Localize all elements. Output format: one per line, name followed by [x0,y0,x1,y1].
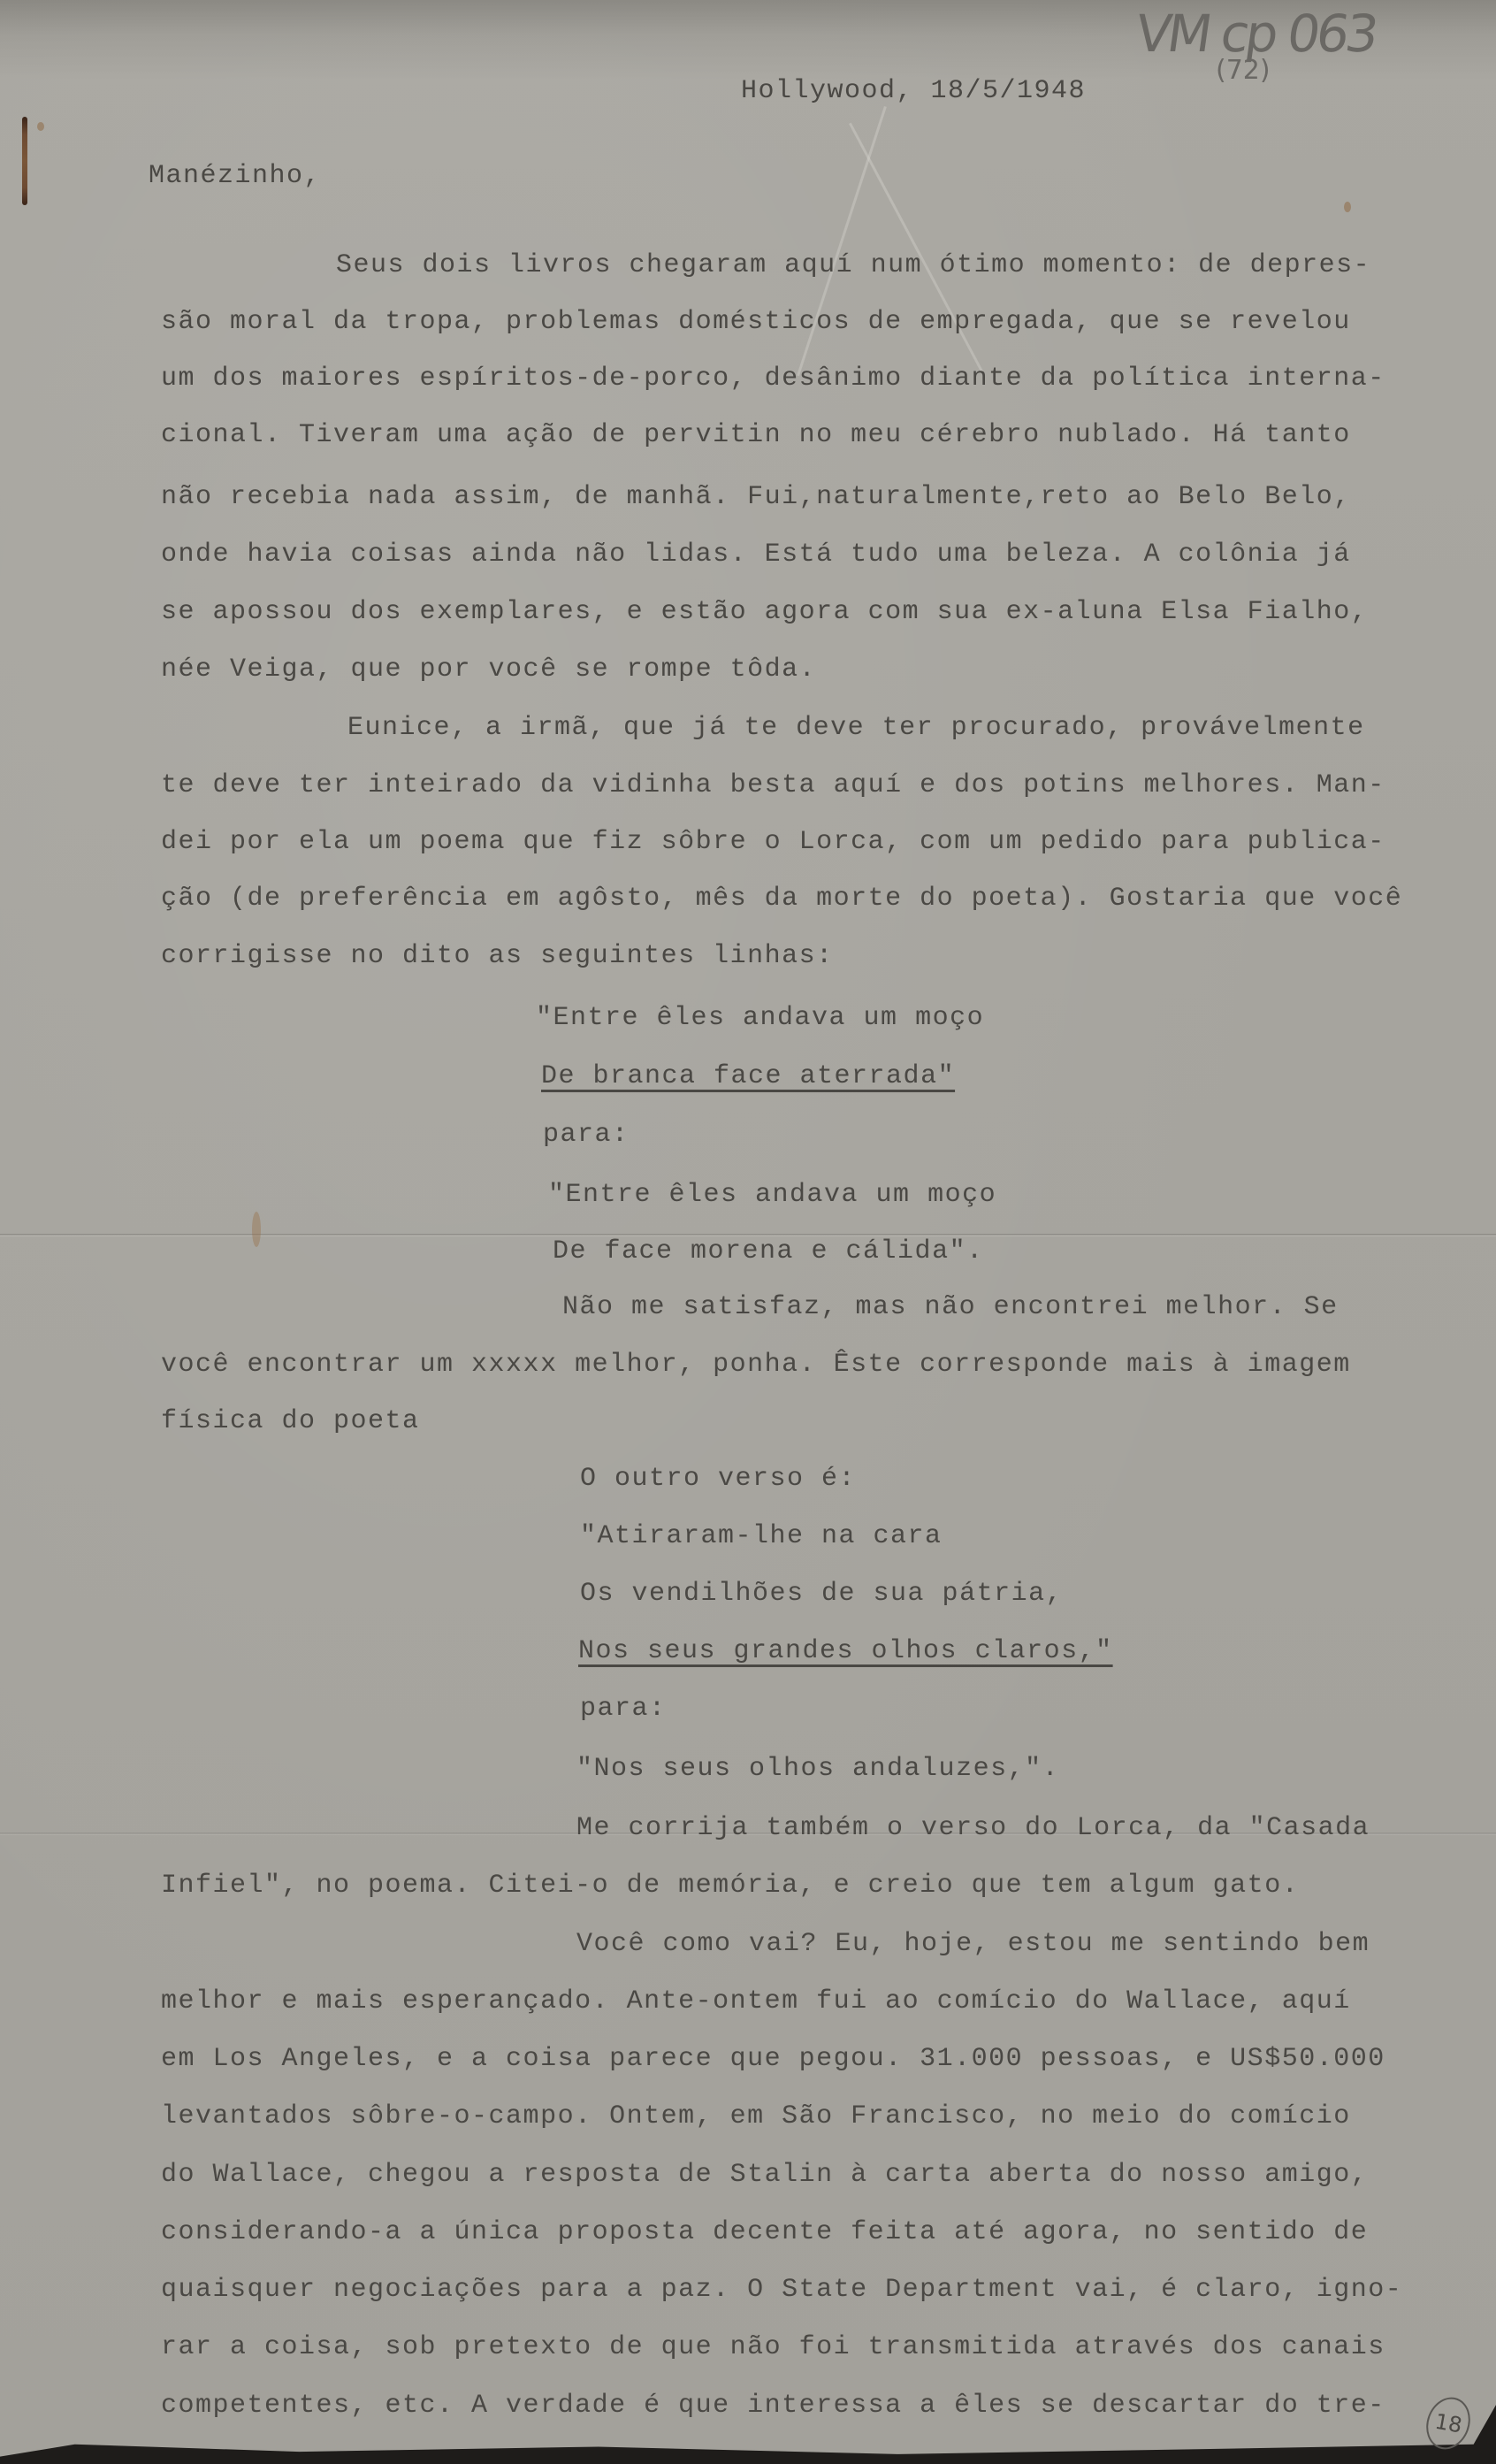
body-line: dei por ela um poema que fiz sôbre o Lor… [161,829,1385,855]
verse-intro: O outro verso é: [580,1465,856,1492]
verse-line: "Atiraram-lhe na cara [580,1523,943,1550]
archive-annotation-number: (72) [1216,55,1271,86]
verse-line: "Entre êles andava um moço [536,1005,984,1031]
verse-line-underlined: Nos seus grandes olhos claros," [578,1638,1113,1664]
rust-stain [37,122,44,131]
body-line: Não me satisfaz, mas não encontrei melho… [562,1294,1339,1320]
body-line: rar a coisa, sob pretexto de que não foi… [161,2334,1385,2361]
verse-line: "Entre êles andava um moço [548,1182,996,1208]
verse-line-underlined: De branca face aterrada" [541,1063,955,1090]
body-line: Você como vai? Eu, hoje, estou me sentin… [576,1931,1370,1957]
body-line: ção (de preferência em agôsto, mês da mo… [161,885,1402,912]
body-line: não recebia nada assim, de manhã. Fui,na… [161,484,1351,510]
body-line: te deve ter inteirado da vidinha besta a… [161,772,1385,799]
verse-line: De face morena e cálida". [553,1238,984,1265]
page-number: 18 [1433,2409,1464,2438]
body-line: corrigisse no dito as seguintes linhas: [161,943,834,969]
body-line: são moral da tropa, problemas domésticos… [161,309,1351,335]
body-line: Me corrija também o verso do Lorca, da "… [576,1815,1370,1841]
body-line: Eunice, a irmã, que já te deve ter procu… [347,715,1365,741]
body-line: Seus dois livros chegaram aquí num ótimo… [336,252,1370,279]
body-line: um dos maiores espíritos-de-porco, desân… [161,365,1385,392]
body-line: née Veiga, que por você se rompe tôda. [161,656,816,683]
place-date: Hollywood, 18/5/1948 [741,78,1086,104]
body-line: levantados sôbre-o-campo. Ontem, em São … [161,2103,1351,2130]
body-line: em Los Angeles, e a coisa parece que peg… [161,2046,1385,2072]
verse-label-para: para: [580,1695,667,1722]
body-line: Infiel", no poema. Citei-o de memória, e… [161,1872,1299,1899]
body-line: quaisquer negociações para a paz. O Stat… [161,2277,1402,2303]
verse-line: "Nos seus olhos andaluzes,". [576,1756,1059,1782]
rust-stain [252,1212,261,1247]
body-line: física do poeta [161,1408,420,1435]
body-line: melhor e mais esperançado. Ante-ontem fu… [161,1988,1351,2015]
body-line: onde havia coisas ainda não lidas. Está … [161,541,1351,568]
verse-line: Os vendilhões de sua pátria, [580,1580,1063,1607]
salutation: Manézinho, [149,163,321,189]
body-line: competentes, etc. A verdade é que intere… [161,2392,1385,2419]
body-line: do Wallace, chegou a resposta de Stalin … [161,2162,1368,2188]
verse-label-para: para: [543,1121,630,1148]
body-line: se apossou dos exemplares, e estão agora… [161,599,1368,625]
body-line: você encontrar um xxxxx melhor, ponha. Ê… [161,1351,1351,1378]
rust-clip-mark [22,117,27,205]
rust-stain [1344,202,1351,212]
body-line: cional. Tiveram uma ação de pervitin no … [161,422,1351,448]
body-line: considerando-a a única proposta decente … [161,2219,1368,2246]
